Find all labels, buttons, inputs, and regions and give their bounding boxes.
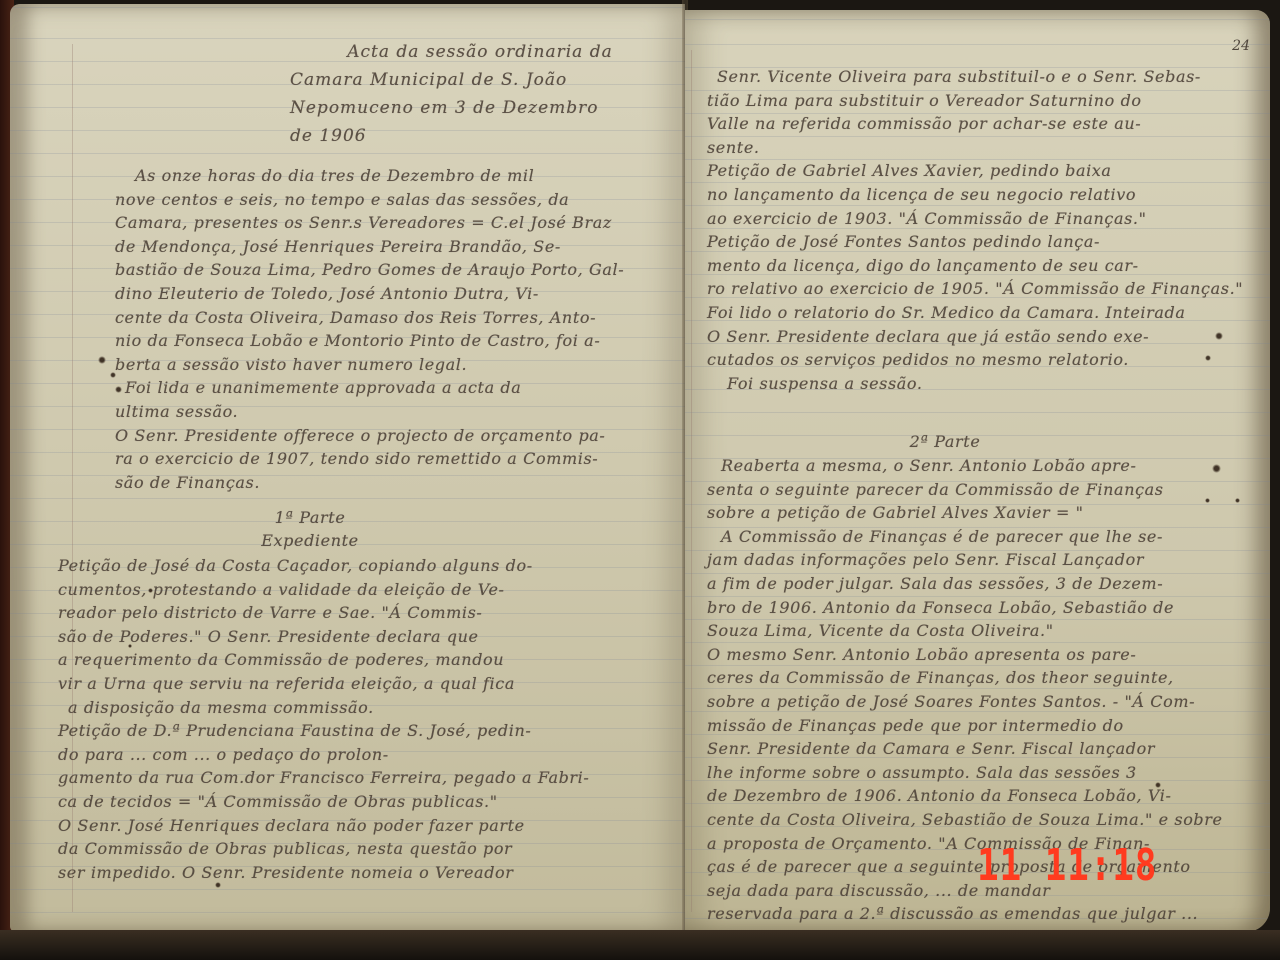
text-line: do para ... com ... o pedaço do prolon- [58,743,678,767]
text-line: mento da licença, digo do lançamento de … [707,254,1267,278]
text-line: cutados os serviços pedidos no mesmo rel… [707,348,1267,372]
text-line: lhe informe sobre o assumpto. Sala das s… [707,761,1267,785]
text-line: dino Eleuterio de Toledo, José Antonio D… [115,282,675,306]
ink-stain [1155,782,1161,788]
margin-line [691,50,692,912]
text-line: O Senr. Presidente declara que já estão … [707,325,1267,349]
text-line: O Senr. Presidente offerece o projecto d… [115,424,675,448]
text-line: Camara, presentes os Senr.s Vereadores =… [115,211,675,235]
section-heading: 1ª Parte [210,506,410,530]
text-line: senta o seguinte parecer da Commissão de… [707,478,1267,502]
text-line: jam dadas informações pelo Senr. Fiscal … [707,548,1267,572]
title-line: Nepomuceno em 3 de Dezembro [280,94,680,122]
text-line: reservada para a 2.ª discussão as emenda… [707,902,1267,926]
title-line: Acta da sessão ordinaria da [280,38,680,66]
ink-stain [98,356,106,364]
text-line: Senr. Presidente da Camara e Senr. Fisca… [707,737,1267,761]
ink-stain [1212,464,1221,473]
text-line: O mesmo Senr. Antonio Lobão apresenta os… [707,643,1267,667]
ink-stain [148,588,153,593]
text-line: cente da Costa Oliveira, Damaso dos Reis… [115,306,675,330]
left-page: Acta da sessão ordinaria da Camara Munic… [10,4,685,932]
text-line: Foi lida e unanimemente approvada a acta… [115,376,675,400]
text-line: bro de 1906. Antonio da Fonseca Lobão, S… [707,596,1267,620]
text-line: de Mendonça, José Henriques Pereira Bran… [115,235,675,259]
text-line: Petição de D.ª Prudenciana Faustina de S… [58,719,678,743]
text-line: cente da Costa Oliveira, Sebastião de So… [707,808,1267,832]
right-page: 24 Senr. Vicente Oliveira para substitui… [685,10,1270,932]
text-line: ca de tecidos = "Á Commissão de Obras pu… [58,790,678,814]
minutes-title: Acta da sessão ordinaria da Camara Munic… [280,38,680,150]
text-line: nio da Fonseca Lobão e Montorio Pinto de… [115,329,675,353]
text-line: sente. [707,136,1267,160]
text-line: tião Lima para substituir o Vereador Sat… [707,89,1267,113]
title-line: Camara Municipal de S. João [280,66,680,94]
text-line: Foi suspensa a sessão. [707,372,1267,396]
camera-datetime-stamp: 11 11:18 [977,842,1157,890]
text-line: ultima sessão. [115,400,675,424]
text-line: sobre a petição de Gabriel Alves Xavier … [707,501,1267,525]
text-line: de Dezembro de 1906. Antonio da Fonseca … [707,784,1267,808]
text-line: berta a sessão visto haver numero legal. [115,353,675,377]
text-line: nove centos e seis, no tempo e salas das… [115,188,675,212]
ink-stain [1235,498,1240,503]
text-line: no lançamento da licença de seu negocio … [707,183,1267,207]
text-line: Petição de Gabriel Alves Xavier, pedindo… [707,159,1267,183]
text-line: Souza Lima, Vicente da Costa Oliveira." [707,619,1267,643]
text-line: Senr. Vicente Oliveira para substituil-o… [707,65,1267,89]
ink-stain [1215,332,1223,340]
text-line: são de Finanças. [115,471,675,495]
ink-stain [1205,355,1211,361]
text-line: a requerimento da Commissão de poderes, … [58,648,678,672]
text-line: são de Poderes." O Senr. Presidente decl… [58,625,678,649]
ink-stain [115,386,122,393]
right-body-text: Senr. Vicente Oliveira para substituil-o… [707,65,1267,395]
ink-stain [215,882,221,888]
left-section-text: Petição de José da Costa Caçador, copian… [58,554,678,884]
text-line: ro relativo ao exercicio de 1905. "Á Com… [707,277,1267,301]
text-line: Petição de José Fontes Santos pedindo la… [707,230,1267,254]
page-number: 24 [1232,38,1250,54]
text-line: ao exercicio de 1903. "Á Commissão de Fi… [707,207,1267,231]
text-line: ceres da Commissão de Finanças, dos theo… [707,666,1267,690]
text-line: a fim de poder julgar. Sala das sessões,… [707,572,1267,596]
text-line: Valle na referida commissão por achar-se… [707,112,1267,136]
title-line: de 1906 [280,122,680,150]
text-line: missão de Finanças pede que por intermed… [707,714,1267,738]
text-line: reador pelo districto de Varre e Sae. "Á… [58,601,678,625]
ink-stain [1205,498,1210,503]
ink-stain [128,644,132,648]
ledger-photo: Acta da sessão ordinaria da Camara Munic… [0,0,1280,960]
text-line: a disposição da mesma commissão. [58,696,678,720]
text-line: O Senr. José Henriques declara não poder… [58,814,678,838]
text-line: ra o exercicio de 1907, tendo sido remet… [115,447,675,471]
text-line: As onze horas do dia tres de Dezembro de… [115,164,675,188]
book-bottom-edge [0,930,1280,960]
section-heading: 2ª Parte [865,430,1025,454]
left-body-text: As onze horas do dia tres de Dezembro de… [115,164,675,494]
text-line: sobre a petição de José Soares Fontes Sa… [707,690,1267,714]
text-line: ser impedido. O Senr. Presidente nomeia … [58,861,678,885]
text-line: gamento da rua Com.dor Francisco Ferreir… [58,766,678,790]
text-line: Reaberta a mesma, o Senr. Antonio Lobão … [707,454,1267,478]
text-line: da Commissão de Obras publicas, nesta qu… [58,837,678,861]
text-line: A Commissão de Finanças é de parecer que… [707,525,1267,549]
text-line: vir a Urna que serviu na referida eleiçã… [58,672,678,696]
text-line: Foi lido o relatorio do Sr. Medico da Ca… [707,301,1267,325]
section-subheading: Expediente [210,529,410,553]
text-line: bastião de Souza Lima, Pedro Gomes de Ar… [115,258,675,282]
text-line: Petição de José da Costa Caçador, copian… [58,554,678,578]
ink-stain [110,372,116,378]
